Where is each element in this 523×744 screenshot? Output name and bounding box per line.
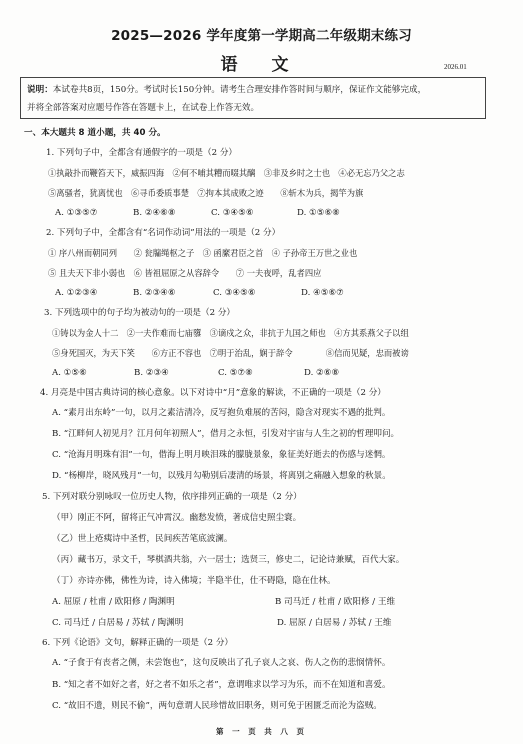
question-2-items-2: ⑤ 且夫天下非小弱也 ⑥ 皆祖屈原之从容辞令 ⑦ 一夫夜呼，乱者四应 [48, 267, 321, 279]
section-heading: 一、本大题共 8 道小题，共 40 分。 [24, 127, 166, 139]
q1-option-c[interactable]: C. ③④⑤⑥ [211, 207, 297, 219]
q2-option-c[interactable]: C. ③④⑤⑥ [213, 287, 301, 299]
question-2-options: A. ①②③④B. ②③④⑥C. ③④⑤⑥D. ④⑤⑥⑦ [55, 287, 344, 299]
q5-option-a[interactable]: A. 屈原 / 杜甫 / 欧阳修 / 陶渊明 [52, 596, 175, 608]
question-5-stem: 5. 下列对联分别咏叹一位历史人物，依序排列正确的一项是（2 分） [42, 491, 302, 503]
q4-option-a[interactable]: A. “素月出东岭”一句，以月之素洁清冷，反写抱负难展的苦闷，隐含对现实不遇的批… [52, 407, 390, 419]
q1-option-a[interactable]: A. ①③⑤⑦ [55, 207, 133, 219]
q3-option-c[interactable]: C. ⑤⑦⑧ [218, 367, 304, 379]
question-2-stem: 2. 下列句子中，全都含有“名词作动词”用法的一项是（2 分） [46, 227, 280, 239]
couplet-jia: （甲）刚正不阿，留将正气冲霄汉。幽愁发愤，著成信史照尘寰。 [52, 512, 301, 524]
exam-title: 2025—2026 学年度第一学期高二年级期末练习 [0, 24, 523, 44]
question-3-options: A. ①⑤⑥B. ②③④C. ⑤⑦⑧D. ②⑥⑧ [52, 367, 339, 379]
instructions-label: 说明： [27, 85, 53, 95]
instructions-box: 说明：本试卷共8页，150分。考试时长150分钟。请考生合理安排作答时间与顺序，… [20, 77, 486, 119]
couplet-ding: （丁）亦诗亦佛，佛性为诗，诗入佛境；半隐半仕，仕不碍隐，隐在仕林。 [52, 575, 336, 587]
couplet-bing: （丙）藏书万，录文千，琴棋酒共翁，六一居士；选贤三，修史二，记论诗兼赋，百代大家… [52, 554, 404, 566]
q6-option-c[interactable]: C. “故旧不遗，则民不偷”，两句意谓人民珍惜故旧职务，则可免于困匮乏而沦为盗贼… [52, 700, 382, 712]
q4-option-c[interactable]: C. “沧海月明珠有泪”一句，借海上明月映泪珠的朦胧景象，象征美好逝去的伤感与迷… [52, 449, 391, 461]
question-3-items-2: ⑤身死国灭，为天下笑 ⑥方正不容也 ⑦明于治乱，娴于辞令 ⑧信而见疑，忠而被谤 [52, 347, 409, 359]
q3-option-b[interactable]: B. ②③④ [134, 367, 218, 379]
q3-option-d[interactable]: D. ②⑥⑧ [304, 367, 339, 379]
q6-option-b[interactable]: B. “知之者不如好之者，好之者不如乐之者”，意谓唯求以学习为乐，而不在知道和喜… [52, 679, 391, 691]
instructions-line-1: 说明：本试卷共8页，150分。考试时长150分钟。请考生合理安排作答时间与顺序，… [27, 81, 479, 99]
question-1-options: A. ①③⑤⑦B. ②④⑥⑧C. ③④⑤⑥D. ①⑤⑥⑧ [55, 207, 340, 219]
couplet-yi: （乙）世上疮痍诗中圣哲，民间疾苦笔底波澜。 [52, 533, 232, 545]
page-number: 第 一 页 共 八 页 [0, 726, 523, 737]
q4-option-d[interactable]: D. “杨柳岸，晓风残月”一句，以残月勾勒别后凄清的场景，将离别之痛融入想象的秋… [52, 470, 391, 482]
q2-option-d[interactable]: D. ④⑤⑥⑦ [301, 287, 344, 299]
question-1-items-1: ①执敲扑而鞭笞天下，威振四海 ②何不哺其糟而啜其醨 ③非及乡时之士也 ④必无忘乃… [48, 167, 405, 179]
q4-option-b[interactable]: B. “江畔何人初见月？江月何年初照人”，借月之永恒，引发对宇宙与人生之初的哲理… [52, 428, 399, 440]
question-4-stem: 4. 月亮是中国古典诗词的核心意象。以下对诗中“月”意象的解读，不正确的一项是（… [40, 387, 386, 399]
question-2-items-1: ① 序八州而朝同列 ② 瓮牖绳枢之子 ③ 函縻君臣之首 ④ 子孙帝王万世之业也 [48, 247, 357, 259]
q3-option-a[interactable]: A. ①⑤⑥ [52, 367, 134, 379]
q5-option-d[interactable]: D. 屈原 / 白居易 / 苏轼 / 王维 [277, 617, 391, 629]
q2-option-b[interactable]: B. ②③④⑥ [133, 287, 213, 299]
instructions-text-1: 本试卷共8页，150分。考试时长150分钟。请考生合理安排作答时间与顺序，保证作… [53, 85, 426, 95]
question-3-items-1: ①铸以为金人十二 ②一夫作难而七庙隳 ③谪戍之众，非抗于九国之师也 ④方其系燕父… [52, 327, 409, 339]
question-3-stem: 3. 下列选项中的句子均为被动句的一项是（2 分） [44, 307, 235, 319]
q6-option-a[interactable]: A. “子食于有丧者之侧，未尝饱也”，这句反映出了孔子哀人之哀、伤人之伤的悲悯情… [52, 657, 390, 669]
instructions-line-2: 并将全部答案对应题号作答在答题卡上，在试卷上作答无效。 [27, 99, 479, 117]
q1-option-d[interactable]: D. ①⑤⑥⑧ [297, 207, 340, 219]
exam-date: 2026.01 [444, 63, 467, 71]
question-1-stem: 1. 下列句子中，全都含有通假字的一项是（2 分） [46, 147, 237, 159]
question-1-items-2: ⑤离骚者，犹离忧也 ⑥寻币委质事楚 ⑦拘本其成败之迹 ⑧斩木为兵，揭竿为旗 [48, 187, 363, 199]
q1-option-b[interactable]: B. ②④⑥⑧ [133, 207, 211, 219]
q5-option-b[interactable]: B 司马迁 / 杜甫 / 欧阳修 / 王维 [275, 596, 395, 608]
q5-option-c[interactable]: C. 司马迁 / 白居易 / 苏轼 / 陶渊明 [52, 617, 183, 629]
q2-option-a[interactable]: A. ①②③④ [55, 287, 133, 299]
question-6-stem: 6. 下列《论语》文句，解释正确的一项是（2 分） [42, 637, 233, 649]
